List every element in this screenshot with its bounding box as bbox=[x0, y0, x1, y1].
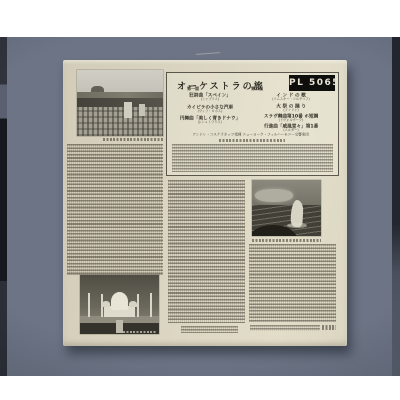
surface-left-edge bbox=[0, 37, 7, 376]
panel-intro-text bbox=[172, 144, 333, 172]
cityscape-caption bbox=[103, 138, 163, 141]
liner-notes-center-column bbox=[168, 180, 245, 323]
taj-minaret-4 bbox=[150, 293, 152, 318]
cityscape-photo bbox=[77, 70, 163, 136]
city-buildings bbox=[77, 107, 163, 136]
side2-track1-composer: (リムスキー・コルサコフ) bbox=[247, 97, 335, 101]
side2-label: 第二面 bbox=[251, 86, 263, 92]
taj-side-cupola-right bbox=[129, 301, 137, 307]
taj-mahal-photo bbox=[80, 275, 159, 334]
panel-subheading bbox=[219, 139, 285, 142]
foam bbox=[287, 223, 308, 229]
side1-track2-composer: (ヴィラ・ロボス) bbox=[177, 109, 243, 113]
bottom-right-bold-print bbox=[322, 325, 336, 330]
table-surface: オーケストラの旅 PL 5065 第一面 第二面 狂詩曲「スペイン」 (シャブリ… bbox=[0, 37, 400, 376]
side1-track3-composer: (J.シュトラウス) bbox=[177, 120, 243, 124]
catalog-badge: PL 5065 bbox=[289, 75, 335, 91]
taj-dome bbox=[111, 292, 128, 311]
white-tower-2 bbox=[139, 104, 145, 116]
taj-minaret-1 bbox=[88, 293, 90, 318]
seascape-caption bbox=[252, 239, 321, 242]
taj-side-cupola-left bbox=[102, 301, 110, 307]
taj-reflecting-pool bbox=[116, 320, 122, 333]
bottom-left-fine-print bbox=[181, 326, 238, 333]
taj-caption bbox=[123, 331, 157, 334]
surface-right-edge bbox=[392, 37, 400, 376]
bottom-right-fine-print bbox=[250, 325, 320, 331]
white-tower bbox=[124, 102, 132, 118]
liner-notes-right-column bbox=[249, 244, 336, 322]
side1-track1-composer: (シャブリエ) bbox=[177, 97, 243, 101]
side1-label: 第一面 bbox=[187, 86, 199, 92]
side2-track3-composer: (ドヴォルザーク) bbox=[247, 118, 335, 122]
surface-scratch bbox=[196, 52, 220, 59]
record-sleeve: オーケストラの旅 PL 5065 第一面 第二面 狂詩曲「スペイン」 (シャブリ… bbox=[63, 60, 347, 346]
conductor-credit: アンドレ・コステラネッツ指揮 ニューヨーク・フィルハーモニー交響楽団 bbox=[169, 132, 332, 137]
taj-minaret-3 bbox=[137, 294, 139, 318]
side2-track2-composer: (ファリャ) bbox=[247, 108, 335, 112]
liner-notes-left-column bbox=[67, 144, 163, 275]
photo-canvas: オーケストラの旅 PL 5065 第一面 第二面 狂詩曲「スペイン」 (シャブリ… bbox=[0, 0, 400, 400]
seascape-photo bbox=[252, 180, 321, 236]
title-panel: オーケストラの旅 PL 5065 第一面 第二面 狂詩曲「スペイン」 (シャブリ… bbox=[166, 72, 339, 176]
